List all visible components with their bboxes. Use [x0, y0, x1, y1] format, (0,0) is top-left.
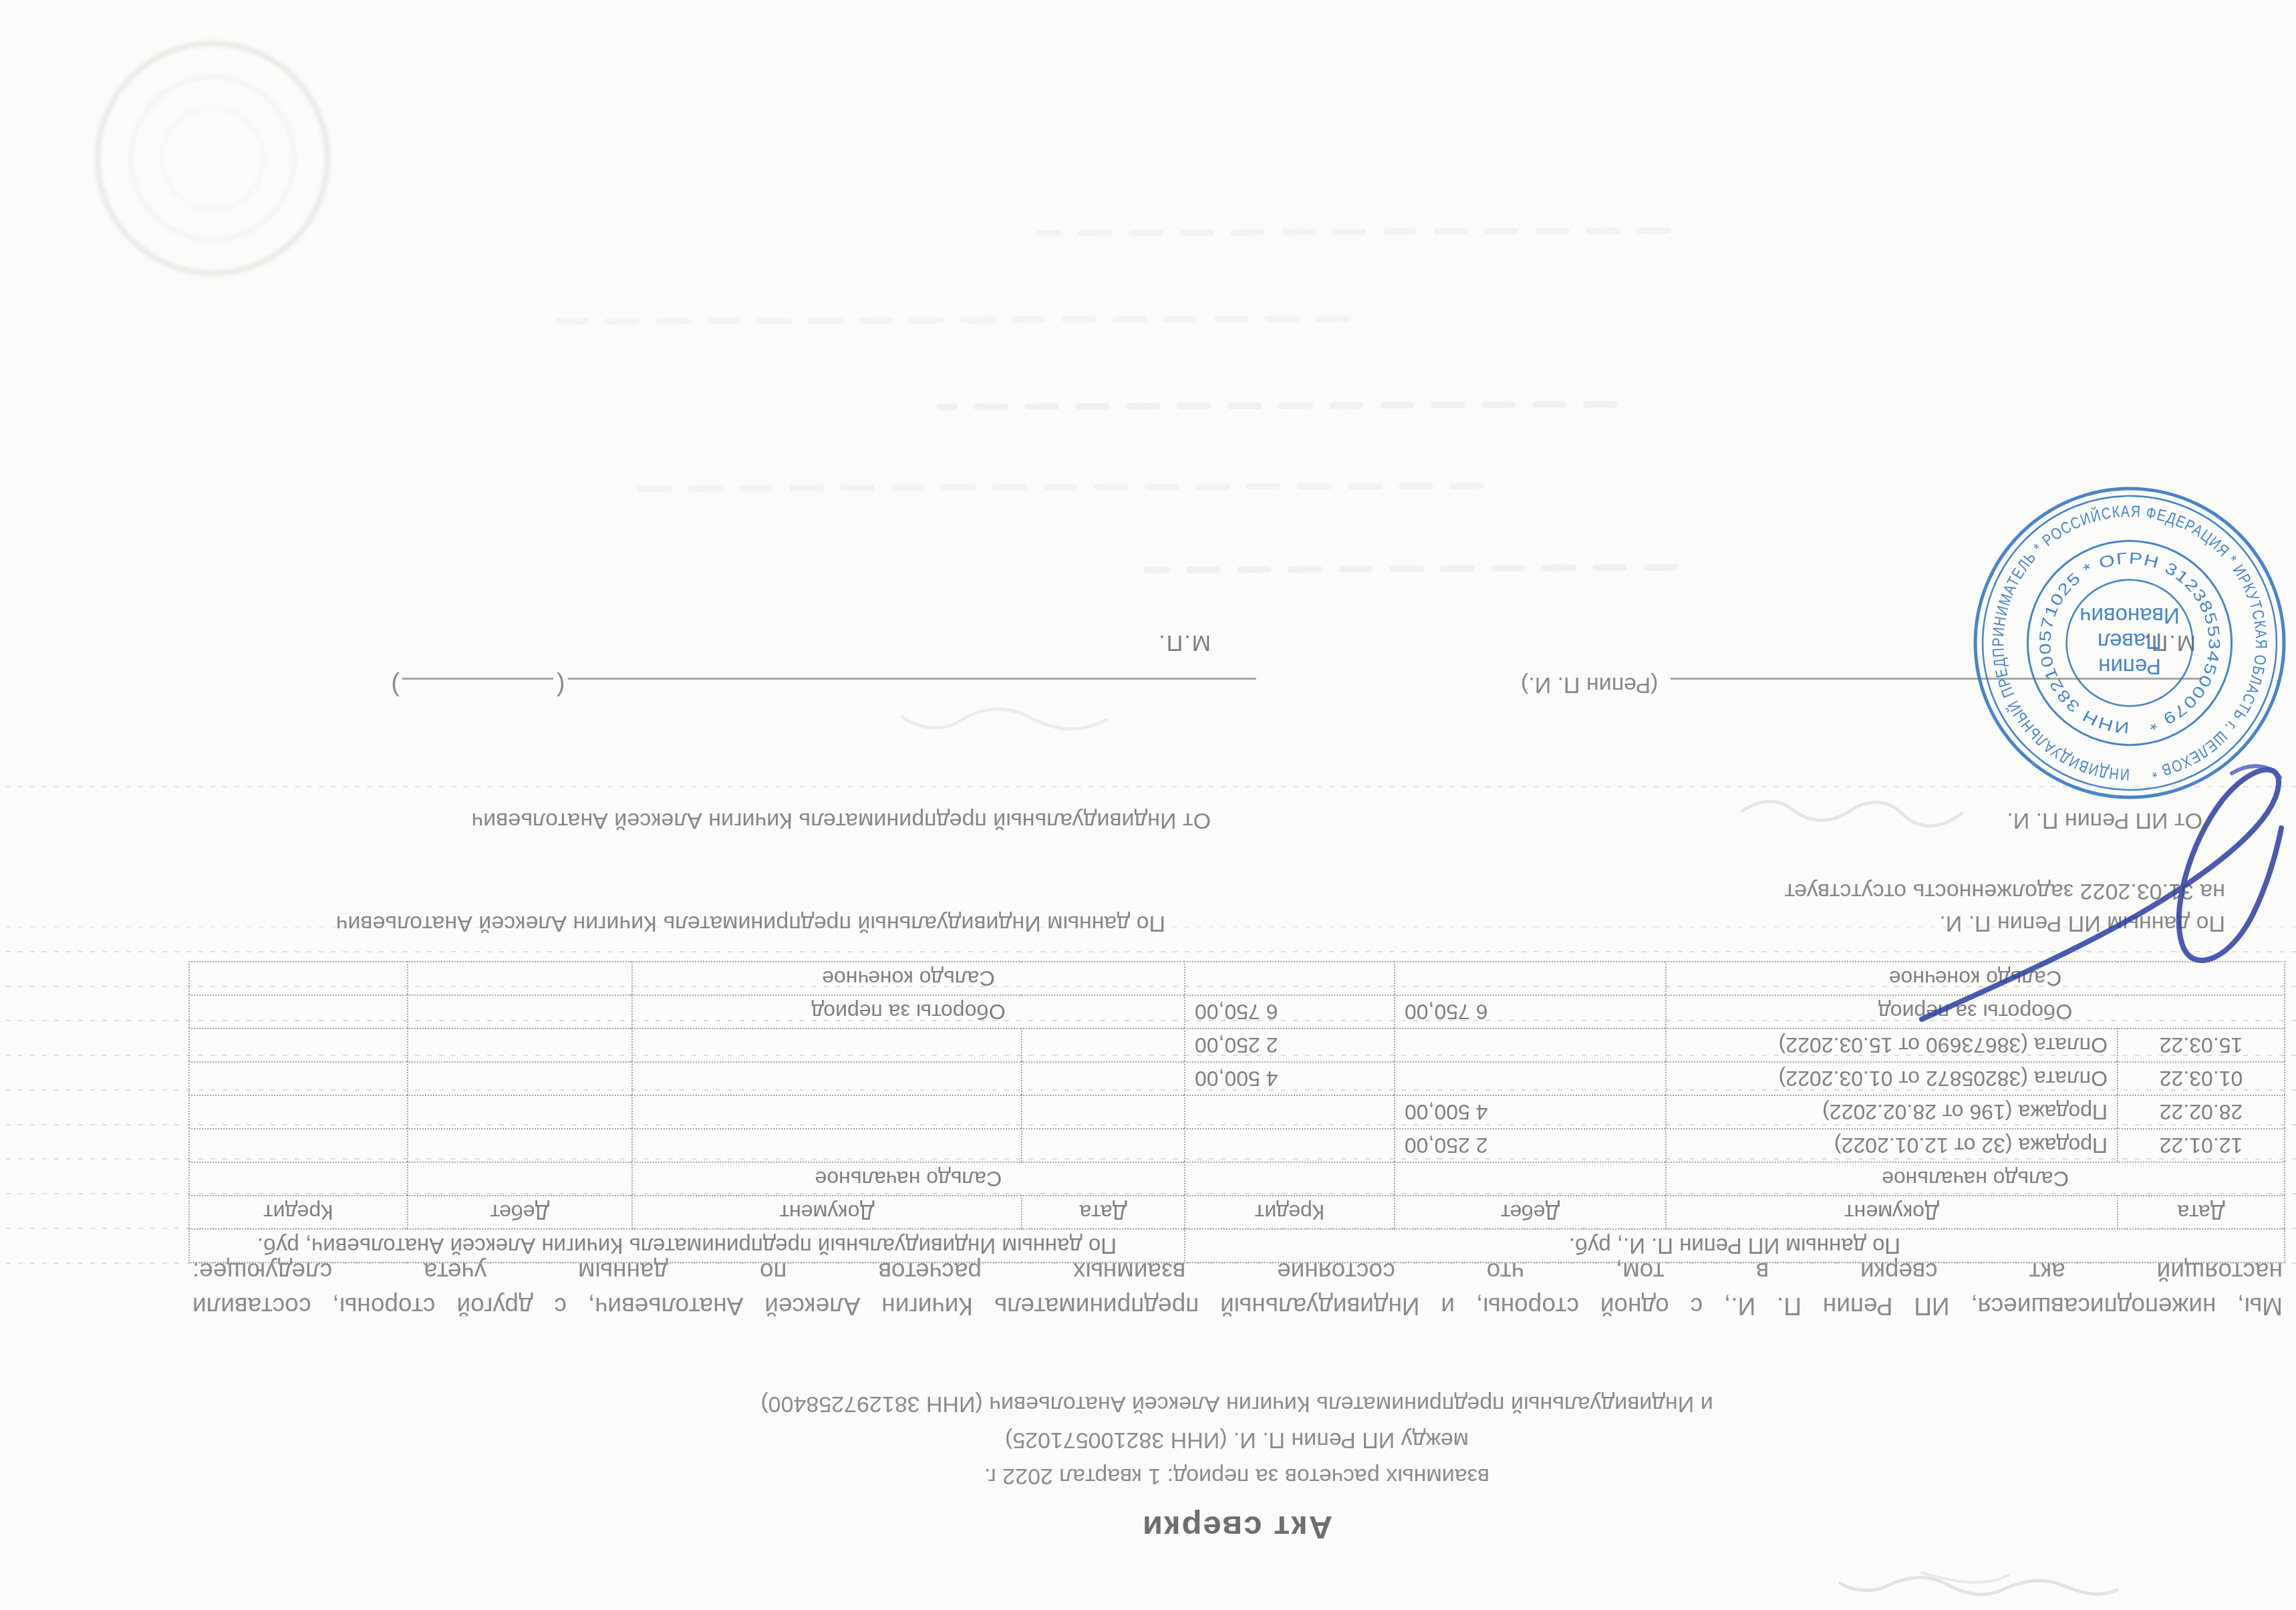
document-sheet: Акт сверки взаимных расчетов за период: … [0, 0, 2296, 1610]
handwritten-signature [0, 0, 2296, 1610]
scanned-document-page: Акт сверки взаимных расчетов за период: … [0, 0, 2296, 1610]
